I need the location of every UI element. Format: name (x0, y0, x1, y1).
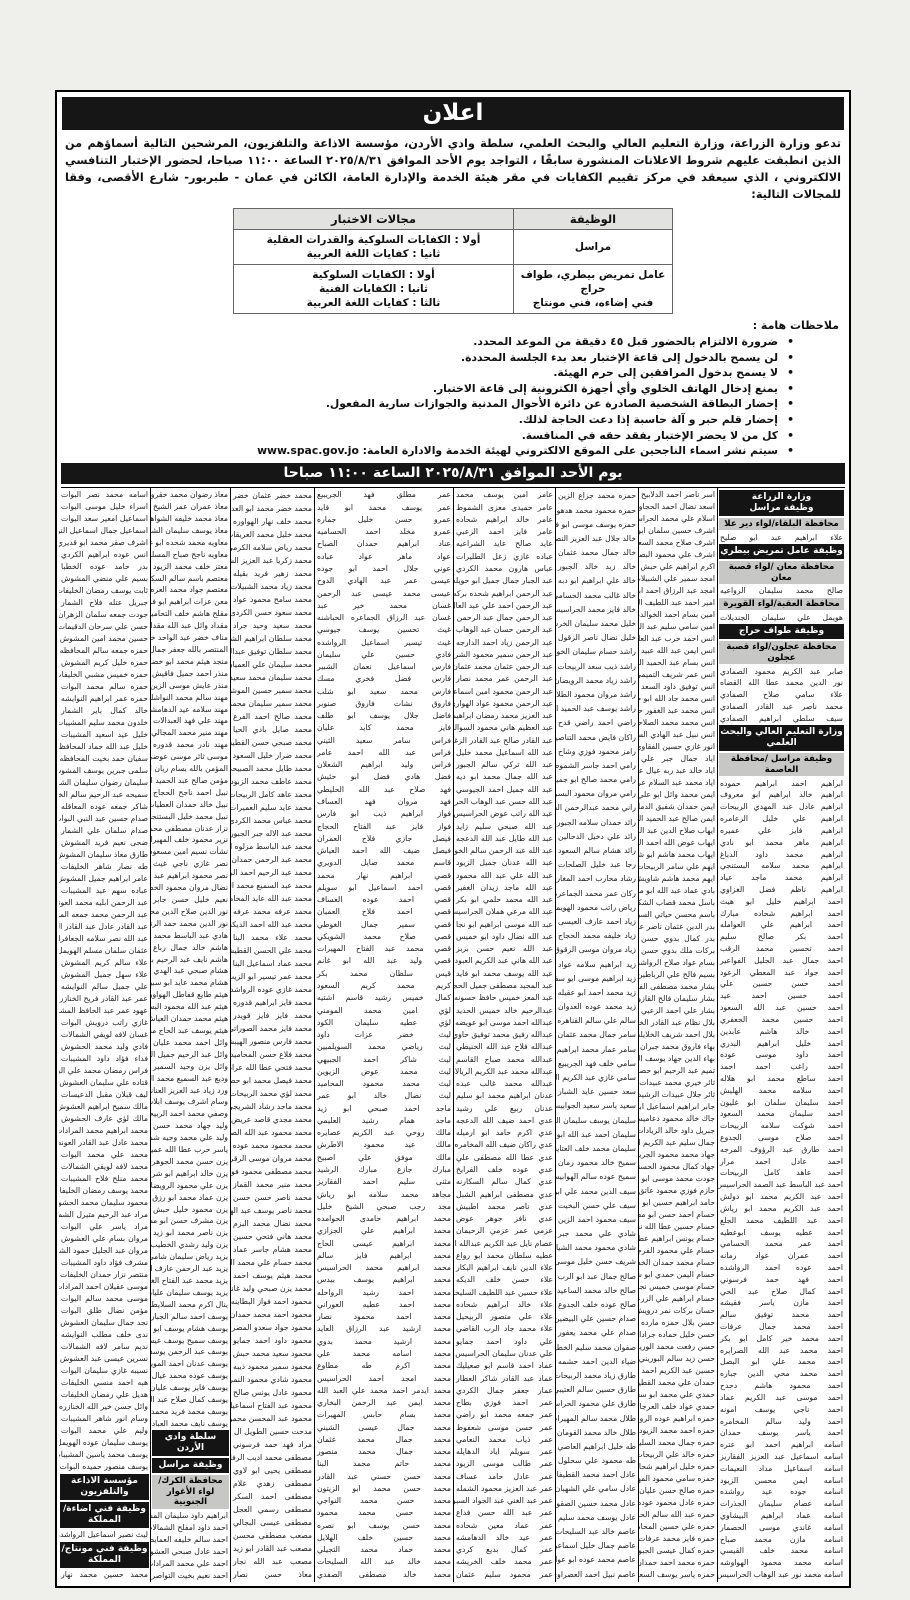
candidate-name: فادي حسين علي سليمان (315, 648, 453, 660)
candidate-name: منذر احمد جميل فاقيش (151, 667, 230, 679)
section-subheader: محافظة البلقاء/لواء دير علا (719, 518, 844, 531)
candidate-name: يزيد يوسف سليمان عليان (151, 1286, 230, 1298)
candidate-name: خليل محمد سليمان الخرشان (556, 616, 638, 630)
candidate-name: عطيه سلطان محمد ابو رواع (454, 1249, 555, 1261)
candidate-name: حمزه محمد جزاع الزين (556, 489, 638, 503)
candidate-name: عامر امين يوسف محمد (454, 489, 555, 501)
candidate-name: خالد فايز محمد الحراسيس (556, 602, 638, 616)
candidate-name: راشد حسام سليمان الخوالده (556, 645, 638, 659)
candidate-name: هشام صبحي عبد الهدي عيال عواد (151, 965, 230, 977)
section-subheader: محافظة عجلون/لواء قصبة عجلون (719, 641, 844, 664)
candidate-name: مصطفى رسمي العجل (231, 1503, 314, 1516)
candidate-name: ليث خضر عزات داود (315, 1028, 453, 1040)
candidate-name: مصعب عبد الله نجار (231, 1555, 314, 1568)
candidate-name: محمد منير محمد القماز (231, 1178, 314, 1191)
candidate-name: عمر حسن موسى شعفوط (454, 1421, 555, 1433)
candidate-name: جبريل داود خالد الزيادات (639, 1125, 717, 1137)
candidate-name: فارس فضل فخري مسك (315, 673, 453, 685)
candidate-name: امجد عبد الرزاق احمد ابو بكه (639, 585, 717, 597)
candidate-name: نور الدين صلاح الدين محمد بدوي جويلس (151, 905, 230, 917)
candidate-name: ماجد همام رشيد العليمي (315, 1114, 453, 1126)
candidate-name: مالك عيد محمود الاطرش (315, 1139, 453, 1151)
candidate-name: محمد امجد احمد الحراسيس (315, 1372, 453, 1384)
candidate-name: رامز محمود فوزي وشاح (556, 744, 638, 758)
candidate-name: محمود جواد سعدو المصري (231, 1321, 314, 1334)
candidate-name: علاء سامي صلاح الصمادي (718, 689, 845, 701)
candidate-name: سامي غازي عبد الكريم الرعود (556, 1070, 638, 1084)
candidate-name: ركان عمر محمد الجماعره (556, 886, 638, 900)
candidate-name: حمزه جمال محمد السليحات (639, 1437, 717, 1449)
candidate-name: امين بسام احمد الخوالده (639, 609, 717, 621)
candidate-name: اشرف حسين سلمان ابو الشيخ (639, 525, 717, 537)
candidate-name: قصي احمد اسماعيل ابو سويلم (315, 881, 453, 893)
candidate-name: مجاهد محمد سلامه ابو رياش (315, 1188, 453, 1200)
candidate-name: صابر عبد الكريم محمود الصمادي (718, 665, 845, 677)
candidate-name: عمر سويلم اياد الدهايله (454, 1445, 555, 1457)
candidate-name: حسام اليمن حمدي ابو شنب (639, 1269, 717, 1281)
candidate-name: اسماعيل امعير سعد البوات (59, 513, 150, 525)
candidate-name: عبدالرحيم خالد خميس الحديد (454, 1004, 555, 1016)
candidate-name: علي جميل سالم النوايشه (59, 981, 150, 993)
candidate-name: عمر عبد الغني عبد الجواد السبودي (454, 1495, 555, 1507)
candidate-name: عمر كمال بديع كردي (454, 1544, 555, 1556)
candidate-name: يوسف عبد الرحمن يوسف ابو مصلح (151, 1346, 230, 1358)
candidate-name: حسام محمد حمدان الخطيب (639, 1257, 717, 1269)
candidate-name: فاضل جلال يوسف ابو طلف (315, 710, 453, 722)
candidate-name: عبد الرحمن محمود امين اسماعيل (454, 685, 555, 697)
section-header: وزارة الزراعة وظيفة مراسل (719, 490, 844, 516)
fields-cell: أولا : الكفايات السلوكية والقدرات العقلي… (234, 230, 514, 265)
candidate-name: وصفي محمد احمد الربيحات (151, 1108, 230, 1120)
section-header: وظيفة فني اضاءة/المملكة (60, 1502, 149, 1528)
candidate-name: راشد زياد محمد الرويضان (556, 673, 638, 687)
job-cell: عامل تمريض بيطري، طواف حراج فني إضاءه، ف… (514, 265, 673, 314)
candidate-name: ليث محمد محمود المحاميد (315, 1078, 453, 1090)
candidate-name: نور الدين محمد حمد الرتيمه (151, 917, 230, 929)
candidate-name: احمد حسين عبد الله السعود (718, 1002, 845, 1014)
candidate-name: رامي احمد جاسر الشموط (556, 758, 638, 772)
candidate-name: محمد احمد رشيد الرواحله (315, 1286, 453, 1298)
table-row: مراسل أولا : الكفايات السلوكية والقدرات … (234, 230, 673, 265)
name-column-5: عمر مطلق فهد الجريبيععمر يوسف محمد ابو ف… (315, 488, 454, 1582)
candidate-name: احمد تحسين محمد الرقب (718, 943, 845, 955)
candidate-name: خليل عيد اسعيد المشيبات (59, 729, 150, 741)
candidate-name: طلال خالد محمد القومان (556, 1425, 638, 1439)
candidate-name: رائد هشام سالم السعود (556, 843, 638, 857)
candidate-name: راضي احمد راضي قدح (556, 716, 638, 730)
candidate-name: اسامه محمد محمود الهواوشه (718, 1557, 845, 1569)
candidate-name: قصي ابراهيم نهار محمد (315, 869, 453, 881)
candidate-name: فارس اسماعيل نعمان الشبير (315, 660, 453, 672)
table-row: عامل تمريض بيطري، طواف حراج فني إضاءه، ف… (234, 265, 673, 314)
candidate-name: محمد ابراهيم فايز سالم (315, 1249, 453, 1261)
candidate-name: اسامه عماد ابراهيم البيشاوي (718, 1510, 845, 1522)
candidate-name: صدام حسين علي البيضين (556, 1312, 638, 1326)
candidate-name: انس محمد جاد الله ابو حبله (639, 693, 717, 705)
candidate-name: يوسف سميح يوسف عيسى (151, 1334, 230, 1346)
candidate-name: محمد عبد الرحيم احمد البصال (231, 866, 314, 879)
candidate-name: محمد فارس منصور الهيبشان (231, 1035, 314, 1048)
candidate-name: احمد جواد عبد المعطي الرعود (718, 966, 845, 978)
candidate-name: فهد صلاح عبد الله الحليطي (315, 783, 453, 795)
candidate-name: عثمان سلمان مسلم الهويمل (59, 945, 150, 957)
candidate-name: انور غازي حسين الفقاوي (639, 741, 717, 753)
candidate-name: يوسف احمد سالم الجبارات (151, 1310, 230, 1322)
candidate-name: منجد هيثم محمد ابو خضره (151, 655, 230, 667)
candidate-name: ايهاب عوض الله احمد الموطني (639, 837, 717, 849)
candidate-name: غسان لافه لويفي الشمالات (59, 1029, 150, 1041)
candidate-name: معاذ رضوان محمد حقروص (151, 489, 230, 501)
candidate-name: غازي راتب درويش البوات (59, 1017, 150, 1029)
candidate-name: اسامه محمد نور عبد الوهاب الحراسيس (718, 1569, 845, 1581)
candidate-name: محمد احمد عطيه العوراني (315, 1298, 453, 1310)
candidate-name: احمد عادل احمد مرار (718, 1155, 845, 1167)
candidate-name: شريف حسن خليل موسى (556, 1255, 638, 1269)
candidate-name: اسر ناصر احمد الدلابيح (639, 489, 717, 501)
candidate-name: عمر احمد فوزي بطاح (454, 1396, 555, 1408)
candidate-name: بشار علي احمد الزعبي (639, 1005, 717, 1017)
candidate-name: هيثم عبد الله محمود البستنجي (151, 1001, 230, 1013)
candidate-name: بسيم فالح علي الرباطين (639, 969, 717, 981)
candidate-name: عبد الرحمن محمد جمعه المشوش (59, 909, 150, 921)
candidate-name: صدام حسين عبد النبي البوات (59, 813, 150, 825)
candidate-name: صالح جمال عبد ابو الرب (556, 1269, 638, 1283)
candidate-name: عماد عبد القادر شاكر العطار (454, 1372, 555, 1384)
candidate-name: احمد سلامه محمد الهليش (718, 1084, 845, 1096)
candidate-name: محمود سليمان محمد الحشوش (59, 1197, 150, 1209)
candidate-name: عواد ماهر عواد عباده (315, 550, 453, 562)
candidate-name: عبد الله نضال داود ابو خميس (454, 930, 555, 942)
candidate-name: محمد ابراهيم يوسف بيدس (315, 1274, 453, 1286)
candidate-name: اسراء خليل موسى البوات (59, 501, 150, 513)
candidate-name: حسام حسين عطا الله نجم (639, 1221, 717, 1233)
candidate-name: مهند منير محمد المجالي (151, 727, 230, 739)
candidate-name: عبد الله ماجد زيدان الغفير (454, 881, 555, 893)
candidate-name: نديم سامر لافه الشمالات (59, 1341, 150, 1353)
candidate-name: حسين محمد امين المشوش (59, 633, 150, 645)
candidate-name: يزن عماد محمد ابو رزق (151, 1191, 230, 1203)
candidate-name: خالد كمال باير الشمار (59, 705, 150, 717)
candidate-name: هديل علي رمضان الخليفات (59, 1389, 150, 1401)
exam-date-bar: يوم الأحد الموافق ٢٠٢٥/٨/٣١ الساعة ١١:٠٠… (61, 463, 845, 484)
candidate-name: قصي احمد فلاح العميان (315, 906, 453, 918)
candidate-name: هشام محمد عايد ابو سبيتان (151, 977, 230, 989)
candidate-name: عبد الله جمال محمد ابو ديه (454, 771, 555, 783)
candidate-name: مهند علي فهد العبدالات (151, 715, 230, 727)
candidate-name: راشد ذيب سعد الربيحات (556, 659, 638, 673)
candidate-name: مؤمن صالح عبد الحميد الملاح (151, 775, 230, 787)
candidate-name: محمد حسن محمد محمود (315, 1507, 453, 1519)
candidate-name: سلمى جبرين يوسف المشوش (59, 765, 150, 777)
candidate-name: حمزه كمال عيسى الجبور (639, 1545, 717, 1557)
candidate-name: خالد جمال محمد عثمان (556, 546, 638, 560)
candidate-name: حمزه خالد علي الربيحات (639, 1449, 717, 1461)
candidate-name: هيثم محمد حمدان العياش (151, 1013, 230, 1025)
candidate-name: زيد ابراهيم سلامه عواد (556, 957, 638, 971)
candidate-name: باسل محمد قصاب الشكارنه (639, 897, 717, 909)
candidate-name: محمد سليمان محمد سعيد حمدان (231, 671, 314, 684)
candidate-name: خليل عبد الله حماد المحافظه (59, 741, 150, 753)
candidate-name: عادل احمد محمد القطيفان (556, 1468, 638, 1482)
candidate-name: عبد الرحمن حسان عبد الوهاب الحراسيس (454, 624, 555, 636)
candidate-name: عدي احمد ضيف الله الدعجه (454, 1114, 555, 1126)
candidate-name: اياد خالد عبد ربه عيال عواد (639, 765, 717, 777)
note-item: إحضار قلم حبر و آلة حاسبة إذا دعت الحاجة… (57, 412, 794, 428)
candidate-name: محمد ايدمر احمد محمد علي العبد الله (315, 1384, 453, 1396)
candidate-name: حمزه محمد احمد حمدان (639, 1557, 717, 1569)
candidate-name: حسام يونس ابراهيم عطار (639, 1233, 717, 1245)
candidate-name: مثنى سليم احمد الفقاريز (315, 1176, 453, 1188)
candidate-name: اسماعيل جمال اسماعيل النواصره (59, 525, 150, 537)
candidate-name: محمد حاتم محمد البنا (315, 1458, 453, 1470)
candidate-name: عبد الرحمن زياد احمد الدارجه (454, 636, 555, 648)
candidate-name: هاشم نايف عبد الرحيم بخيت (151, 953, 230, 965)
candidate-name: احمد جمال عبد الجليل الفواعير (718, 954, 845, 966)
candidate-name: قصي محمد عبد الفتاح المهيرات (315, 943, 453, 955)
candidate-name: معاويه محمد شحده ابو غيث (151, 536, 230, 548)
candidate-name: معتز خلف محمد الزيود (151, 560, 230, 572)
candidate-name: جودت محمد موسى ابو زهره (639, 1173, 717, 1185)
candidate-name: لؤي امين محمد المومني (315, 1004, 453, 1016)
candidate-name: محمد حسن يوسف ابو نصره (315, 1519, 453, 1531)
candidate-name: بهاء فاروق محمد جبران (639, 1041, 717, 1053)
notes-list: ضرورة الالتزام بالحضور قبل ٤٥ دقيقة من ا… (57, 334, 849, 459)
candidate-name: مناف خضر عبد الواحد خضر (151, 632, 230, 644)
candidate-name: كمال خميس رشيد قاسم اشتيه (315, 992, 453, 1004)
candidate-name: يوسف نايف محمد العبادي (151, 1417, 230, 1429)
candidate-name: عيسى عمر عبد الهادي الدوخ (315, 575, 453, 587)
candidate-name: نعيم خليل حسن جابر (151, 894, 230, 906)
candidate-name: شاكر جمعه عوده المعاقله (59, 801, 150, 813)
candidate-name: احمد داود امفلح الشمالات (151, 1522, 230, 1534)
candidate-name: محمد خالد مصطفى الصفدي (315, 1568, 453, 1580)
candidate-name: قصي صلاح محمد الشويكي (315, 930, 453, 942)
candidate-name: محمد غازي عوده الرواشده (231, 983, 314, 996)
name-column-8: اسامه محمد نصر البواتاسراء خليل موسى الب… (59, 488, 151, 1582)
candidate-name: عامر ابراهيم جميل المشوش (59, 873, 150, 885)
candidate-name: محمود شادي محمود النمروطي (231, 1373, 314, 1386)
candidate-name: راكان فايض محمد التناصير (556, 730, 638, 744)
candidate-name: زيد ابراهيم موسى ابو سفيره (556, 971, 638, 985)
candidate-name: طه محمود علي سحلول (556, 1454, 638, 1468)
candidate-name: حمزه عمر ابراهيم النوايشه (59, 693, 150, 705)
candidate-name: معن عزات ابراهيم ابو فريه (151, 596, 230, 608)
candidate-name: معاذ محمد خليفه الشواهه (151, 513, 230, 525)
candidate-name: عامر خالد ابراهيم شحاده (454, 513, 555, 525)
candidate-name: زياد خليفه محمد الحجاج (556, 929, 638, 943)
name-column-2: اسر ناصر احمد الدلابيحاسعد نضال احمد الح… (639, 488, 718, 1582)
candidate-name: طارق معاذ سليمان المشوش (59, 849, 150, 861)
candidate-name: لؤي عطيه سليمان الكود (315, 1016, 453, 1028)
candidate-name: عمرو مخلد احمد الحساميه (315, 526, 453, 538)
candidate-name: محمد خليل محمد العريقات (231, 528, 314, 541)
candidate-name: عدي ناصر محمد اطبيش (454, 1200, 555, 1212)
candidate-name: محمد عاهد كامل الربيحات (231, 788, 314, 801)
candidate-name: ياسر حرب عطا الله عميره (151, 1144, 230, 1156)
candidate-name: صفوان محمد سليم الخطيب (556, 1340, 638, 1354)
candidate-name: حمزه ابراهيم عوده الرواشده (639, 1413, 717, 1425)
candidate-name: محمد صايل بادي الحيا (231, 723, 314, 736)
candidate-name: عصام نايل عبد الكريم عبدالله القيسي (454, 1237, 555, 1249)
candidate-name: عامر فايز احمد الزعبي (454, 526, 555, 538)
candidate-name: غيث تيسير اسماعيل الرواشده (315, 636, 453, 648)
candidate-name: خليل نضال ناصر الزقول (556, 631, 638, 645)
candidate-name: سليمان رضوان سليمان الشمار (59, 777, 150, 789)
candidate-name: عبدالله محمد صباح القاسم (454, 1053, 555, 1065)
candidate-name: محمد حسين خلف الهلايل (315, 1531, 453, 1543)
candidate-name: محمد حسن محمد ابو الزيتون (315, 1482, 453, 1494)
candidate-name: علاء محمد جاد الرب القاضي (454, 1323, 555, 1335)
section-header: وظيفة مراسل (152, 1458, 229, 1473)
candidate-name: مالك موفق علي اصبيح (315, 1151, 453, 1163)
candidate-name: علاء سالم كريم المشوش (59, 957, 150, 969)
candidate-name: مدحت حسين الطويل ال خطاب (231, 1425, 314, 1438)
candidate-name: محمد ضرار خليل السعود (231, 749, 314, 762)
fields-cell: أولا : الكفايات السلوكية ثانيا : الكفايا… (234, 265, 514, 314)
candidate-name: احمد كمال صلاح عبد الحي (718, 1285, 845, 1297)
candidate-name: محمد فيصل محمد ابو حصوه (231, 1074, 314, 1087)
candidate-name: محمد عبد الرحمن حمدان المحاميد (231, 853, 314, 866)
candidate-name: عبد الله علي عبد الله محمود (454, 869, 555, 881)
candidate-name: عمر ذياب محمد النعامي (454, 1433, 555, 1445)
candidate-name: هبه احمد منسي الخليفات (59, 1377, 150, 1389)
candidate-name: محمود احمد فواز البطاينه (231, 1295, 314, 1308)
candidate-name: اياد جمال جبر علي (639, 753, 717, 765)
candidate-name: محمد خالد عبد الله السليحات (315, 1556, 453, 1568)
candidate-name: محمد خضر محمد ابو العدس (231, 502, 314, 515)
candidate-name: رياض راتب محمود الهويمل (556, 900, 638, 914)
candidate-name: محمد نضال محمد البزم (231, 1217, 314, 1230)
candidate-name: عبدالله فلاح عبد الله الحنيطي (454, 1041, 555, 1053)
candidate-name: وليد علي محمد وجيه شموط (151, 1132, 230, 1144)
candidate-name: احمد سليمان محمد السعود (718, 1108, 845, 1120)
candidate-name: مهند سالم محمد النواشله (151, 691, 230, 703)
candidate-name: احمد عاهد كامل الربيحات (718, 1167, 845, 1179)
candidate-name: عبد القادر صالح عبد القادر الزغاليل (454, 734, 555, 746)
candidate-name: احمد سليمان سلمان ابو غليون (718, 1096, 845, 1108)
candidate-name: اكرم ابراهيم علي حبش (639, 561, 717, 573)
candidate-name: محمد صبحي حسن القطيشات (231, 736, 314, 749)
section-subheader: محافظة الكرك/لواء الأغوار الجنوبية (152, 1475, 229, 1509)
candidate-name: ابراهيم ماهر محمد ابو نادي (718, 836, 845, 848)
candidate-name: مشرف فؤاد داود المشيبات (59, 1257, 150, 1269)
candidate-name: عادل محمد حسين الصقور (556, 1496, 638, 1510)
candidate-name: جودت جمعه سلمان الزهران (59, 609, 150, 621)
candidate-name: حسن رفعت محمد الوريدات (639, 1341, 717, 1353)
candidate-name: مؤمن نضال طلق البوات (59, 1305, 150, 1317)
candidate-name: حازم فوزي محمود عاتق (639, 1185, 717, 1197)
candidate-name: سميح خالد محمود رمان (556, 1156, 638, 1170)
candidate-name: سامر عمار محمد ابراهيم خضير (556, 1042, 638, 1056)
candidate-name: انس بسام عبد الحميد السعودي (639, 657, 717, 669)
candidate-name: عوني جلال احمد ابو جوده (315, 562, 453, 574)
candidate-name: مقداد وائل عبد الله مقداد (151, 620, 230, 632)
candidate-name: حمزه عادل محمود عوده (639, 1497, 717, 1509)
candidate-name: اسامه عصام سليمان الجذرات (718, 1498, 845, 1510)
candidate-name: ماجد احمد صبحي ابو زيد (315, 1102, 453, 1114)
candidate-name: اسلام علي محمد الحراسيس (639, 513, 717, 525)
candidate-name: محمد سلطان توفيق عبدالرزاق (231, 645, 314, 658)
candidate-name: حمزه عبد الله سالم الحراسيس (639, 1509, 717, 1521)
candidate-name: فراس عبد الله احمد عامر (315, 746, 453, 758)
candidate-name: سيف سلطي ابراهيم الصمادي (718, 712, 845, 724)
candidate-name: احمد ساطع محمد ابو هلاله (718, 1073, 845, 1085)
candidate-name: عبد الرحمن عثمان محمد عثمان (454, 660, 555, 672)
candidate-name: ليث محمد عوض الزيوين (315, 1065, 453, 1077)
candidate-name: نزير محمود خلف المهيرات (151, 834, 230, 846)
candidate-name: عبد الجبار جمال جميل ابو حويله (454, 575, 555, 587)
candidate-name: فداء فؤاد داود المشيبات (59, 1053, 150, 1065)
candidate-name: محمود عادل يونس صالح (231, 1386, 314, 1399)
candidate-name: عمر محمد خلف الخريشه (454, 1556, 555, 1568)
candidate-name: فراس سامر سعيد الثيني (315, 734, 453, 746)
candidate-name: نصر محمود ابراهيم عبد الله (151, 870, 230, 882)
candidate-name: مصعب عبد القادر ابو زيد (231, 1542, 314, 1555)
candidate-name: حمدي علي محمد ابو سعدو (639, 1389, 717, 1401)
candidate-name: عباده غازي زعل الطليرات (454, 550, 555, 562)
candidate-name: مروان عبد الجليل حمود الشعار (59, 1245, 150, 1257)
candidate-name: محمد مروان موسى الرقروق (231, 1152, 314, 1165)
candidate-name: حمزه خميس مشبي الخليفات (59, 669, 150, 681)
candidate-name: احمد صلاح موسى الجدوع (718, 1132, 845, 1144)
candidate-name: رامي مروان محمود البسراوي (556, 787, 638, 801)
candidate-name: اسامه ابراهيم احمد ابو عتره (718, 1439, 845, 1451)
candidate-name: عدي عطا الله مصطفى علي (454, 1151, 555, 1163)
candidate-name: محمد رياض سلامه الكرمي (231, 541, 314, 554)
jobs-table: الوظيفة مجالات الاختبار مراسل أولا : الك… (233, 208, 673, 314)
candidate-name: بهاء الدين جهاد يوسف الدسوقي (639, 1053, 717, 1065)
candidate-name: علاء خالد ابراهيم شحاده (454, 1298, 555, 1310)
candidate-name: بدر الدين عثمان ناصر عبد الجواد (639, 921, 717, 933)
candidate-name: عمر جمعه محمد ابو راضي (454, 1409, 555, 1421)
candidate-name: سليمان احمد عبد الله ابو محفوظ (556, 1127, 638, 1141)
candidate-name: محمد عايد سليم العميرات (231, 801, 314, 814)
candidate-name: صالح محمد سليمان الرواعيه (718, 585, 845, 597)
candidate-name: عدي نافز جوهر عوض (454, 1212, 555, 1224)
candidate-name: احمد حسين محمد الجعفري (718, 1014, 845, 1026)
candidate-name: يوسف عوده محمد عيال عواد (151, 1370, 230, 1382)
section-subheader: محافظة معان /لواء قصبة معان (719, 561, 844, 584)
candidate-name: عاصم نبيل احمد العصراوى (556, 1567, 638, 1581)
candidate-name: علاء حسين عبد اللطيف السليحات (454, 1286, 555, 1298)
candidate-name: اسامه ايمن محسن الزيود (718, 1474, 845, 1486)
candidate-name: طه خليل ابراهيم العاصي (556, 1439, 638, 1453)
candidate-name: مجد رجب صبحي الشيخ خليل (315, 1200, 453, 1212)
candidate-name: جاك خالد محمود دعاميس (639, 1113, 717, 1125)
candidate-name: بشار محمد مصطفى الفقيه (639, 981, 717, 993)
candidate-name: فادي وليد محمد الحشوش (59, 1041, 150, 1053)
candidate-name: معاذ يوسف سليمان الشرايعه (151, 524, 230, 536)
candidate-name: عمر مطلق فهد الجريبيع (315, 489, 453, 501)
candidate-name: عبد الله صبحي سليم زايد (454, 820, 555, 832)
note-item: كل من لا يحضر الإختبار يفقد حقه في المنا… (57, 428, 794, 444)
candidate-name: عدنان ابراهيم محمد ابو سليم (454, 1090, 555, 1102)
candidate-name: نبيل احمد ناجح الحجاج (151, 786, 230, 798)
candidate-name: ندى خلف مطلب النوايشه (59, 1329, 150, 1341)
candidate-name: اسامه مازن محمد صباح (718, 1533, 845, 1545)
candidate-name: محمد سعود حسن الكردى (231, 606, 314, 619)
section-subheader: محافظة العقبة/لواء القويرة (719, 598, 844, 611)
candidate-name: خالد جلال عبد العزيز النصيرات (556, 531, 638, 545)
candidate-name: سالم علي سالم القناهره (556, 1014, 638, 1028)
candidate-name: راشد يوسف عبد الحميد الصباح (556, 702, 638, 716)
candidate-name: عبد الله هاني عبد الكريم العبودي (454, 955, 555, 967)
candidate-name: علي داود احمد جمايو (454, 1335, 555, 1347)
candidate-name: حسان بركات نمر درويش (639, 1305, 717, 1317)
candidate-name: قاسم محمد صايل الدويري (315, 857, 453, 869)
candidate-name: عبد القادر عادل عبد القادر العونه (59, 921, 150, 933)
candidate-name: فيصل جازي فلاح العمران (315, 832, 453, 844)
